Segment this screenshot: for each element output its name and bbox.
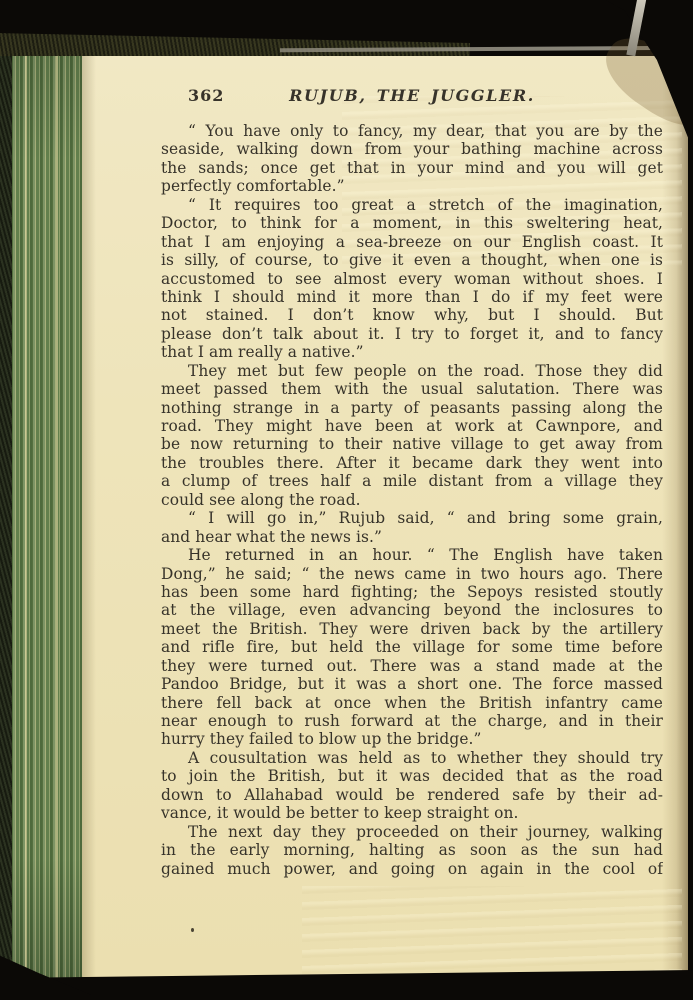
text-line: hurry they failed to blow up the bridge.… xyxy=(161,730,663,748)
paragraph: The next day they proceeded on their jou… xyxy=(161,823,663,878)
paragraph: “ I will go in,” Rujub said, “ and bring… xyxy=(161,509,663,546)
paragraph: A cousultation was held as to whether th… xyxy=(161,749,663,823)
text-line: has been some hard fighting; the Sepoys … xyxy=(161,583,663,601)
text-line: down to Allahabad would be rendered safe… xyxy=(161,786,663,804)
text-line: please don’t talk about it. I try to for… xyxy=(161,325,663,343)
running-title: RUJUB, THE JUGGLER. xyxy=(161,86,663,105)
text-line: a clump of trees half a mile distant fro… xyxy=(161,472,663,490)
page-text: “ You have only to fancy, my dear, that … xyxy=(161,122,663,878)
text-line: be now returning to their native village… xyxy=(161,435,663,453)
text-line: They met but few people on the road. Tho… xyxy=(161,362,663,380)
text-line: that I am really a native.” xyxy=(161,343,663,361)
text-line: and rifle fire, but held the village for… xyxy=(161,638,663,656)
paragraph: They met but few people on the road. Tho… xyxy=(161,362,663,510)
ink-speck xyxy=(191,928,194,932)
text-line: “ It requires too great a stretch of the… xyxy=(161,196,663,214)
text-line: Dong,” he said; “ the news came in two h… xyxy=(161,565,663,583)
page-right-shadow xyxy=(662,46,688,978)
cover-cloth-edge xyxy=(0,30,470,56)
text-line: could see along the road. xyxy=(161,491,663,509)
paragraph: “ It requires too great a stretch of the… xyxy=(161,196,663,362)
text-line: seaside, walking down from your bathing … xyxy=(161,140,663,158)
text-line: “ You have only to fancy, my dear, that … xyxy=(161,122,663,140)
text-line: “ I will go in,” Rujub said, “ and bring… xyxy=(161,509,663,527)
text-line: is silly, of course, to give it even a t… xyxy=(161,251,663,269)
page-header: 362 RUJUB, THE JUGGLER. xyxy=(161,86,663,108)
text-line: not stained. I don’t know why, but I sho… xyxy=(161,306,663,324)
text-line: nothing strange in a party of peasants p… xyxy=(161,399,663,417)
text-line: in the early morning, halting as soon as… xyxy=(161,841,663,859)
text-line: near enough to rush forward at the charg… xyxy=(161,712,663,730)
text-line: Doctor, to think for a moment, in this s… xyxy=(161,214,663,232)
paragraph: “ You have only to fancy, my dear, that … xyxy=(161,122,663,196)
book-page: 362 RUJUB, THE JUGGLER. “ You have only … xyxy=(82,46,688,978)
text-line: to join the British, but it was decided … xyxy=(161,767,663,785)
text-line: road. They might have been at work at Ca… xyxy=(161,417,663,435)
text-line: the troubles there. After it became dark… xyxy=(161,454,663,472)
page-left-shadow xyxy=(82,46,96,978)
text-line: that I am enjoying a sea-breeze on our E… xyxy=(161,233,663,251)
text-line: meet passed them with the usual salutati… xyxy=(161,380,663,398)
book-photo: 362 RUJUB, THE JUGGLER. “ You have only … xyxy=(0,0,693,1000)
text-line: A cousultation was held as to whether th… xyxy=(161,749,663,767)
text-line: at the village, even advancing beyond th… xyxy=(161,601,663,619)
text-line: they were turned out. There was a stand … xyxy=(161,657,663,675)
text-line: there fell back at once when the British… xyxy=(161,694,663,712)
text-line: He returned in an hour. “ The English ha… xyxy=(161,546,663,564)
text-line: and hear what the news is.” xyxy=(161,528,663,546)
page-number: 362 xyxy=(188,86,224,105)
text-line: perfectly comfortable.” xyxy=(161,177,663,195)
text-line: gained much power, and going on again in… xyxy=(161,860,663,878)
text-line: meet the British. They were driven back … xyxy=(161,620,663,638)
text-line: think I should mind it more than I do if… xyxy=(161,288,663,306)
text-line: accustomed to see almost every woman wit… xyxy=(161,270,663,288)
paper-ripples-bottom xyxy=(302,886,682,976)
text-line: Pandoo Bridge, but it was a short one. T… xyxy=(161,675,663,693)
text-line: the sands; once get that in your mind an… xyxy=(161,159,663,177)
paragraph: He returned in an hour. “ The English ha… xyxy=(161,546,663,749)
text-line: The next day they proceeded on their jou… xyxy=(161,823,663,841)
text-line: vance, it would be better to keep straig… xyxy=(161,804,663,822)
